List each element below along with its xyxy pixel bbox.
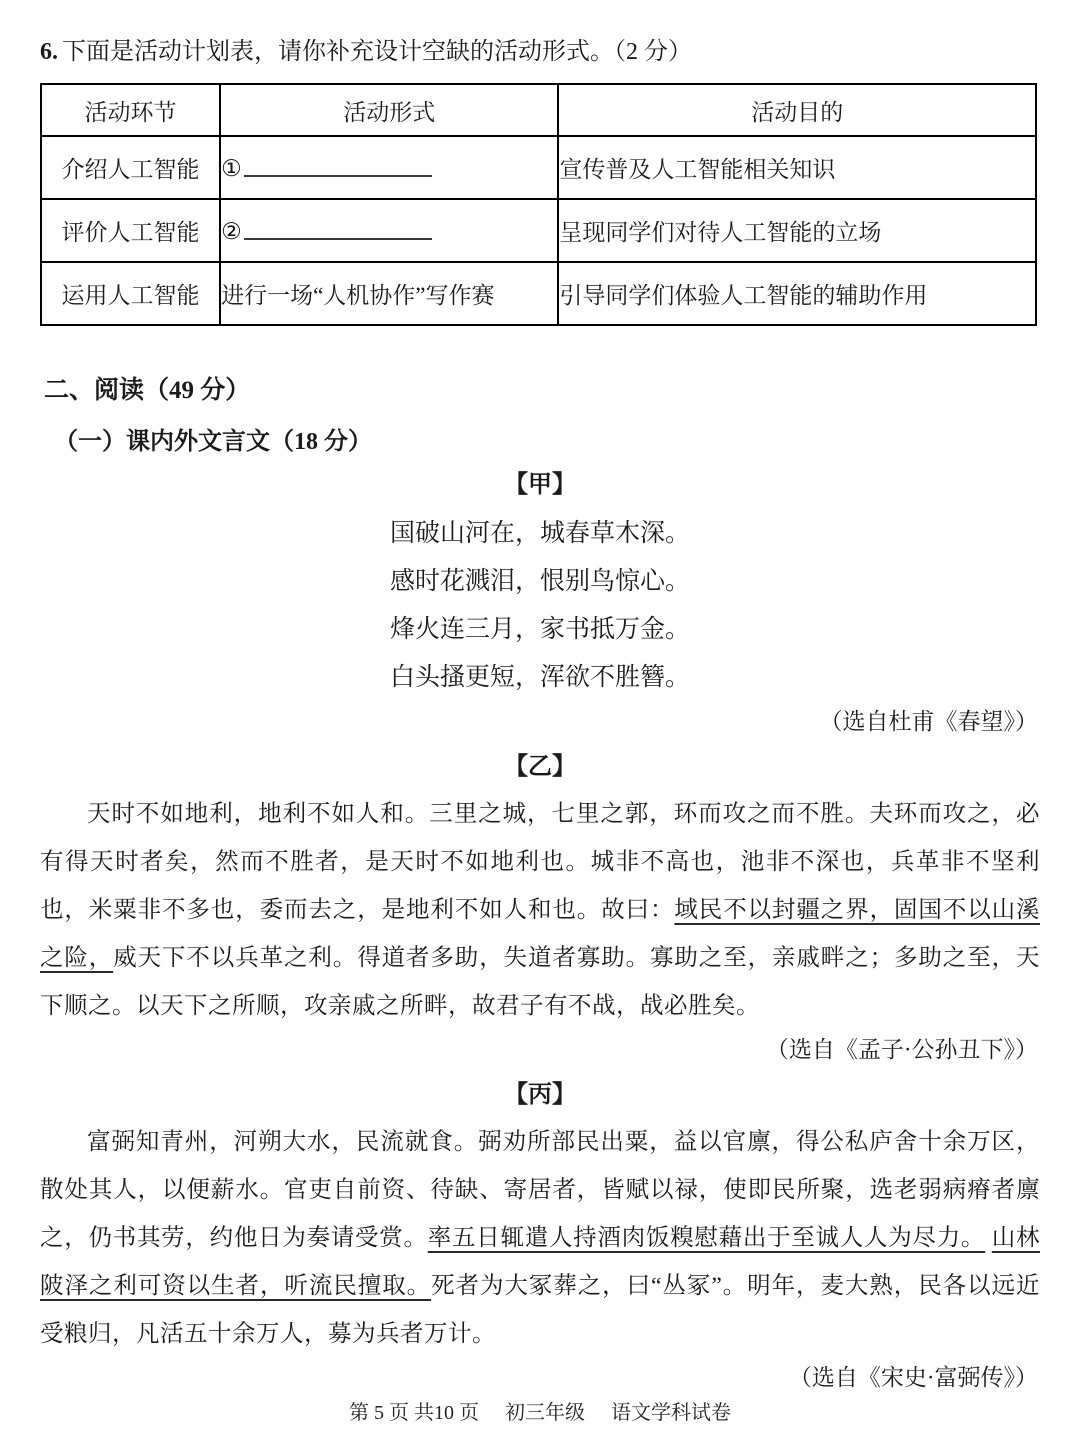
question6-text: 下面是活动计划表，请你补充设计空缺的活动形式。（2 分） xyxy=(62,39,692,65)
form-cell: 进行一场“人机协作”写作赛 xyxy=(220,262,558,325)
passage-yi-text: 天时不如地利，地利不如人和。三里之城，七里之郭，环而攻之而不胜。夫环而攻之，必有… xyxy=(40,790,1040,1030)
passage-bing-label: 【丙】 xyxy=(40,1080,1040,1110)
stage-cell: 介绍人工智能 xyxy=(41,136,220,199)
activity-plan-table: 活动环节 活动形式 活动目的 介绍人工智能 ① 宣传普及人工智能相关知识 评价人… xyxy=(40,83,1037,326)
poem-chunwang: 国破山河在，城春草木深。 感时花溅泪，恨别鸟惊心。 烽火连三月，家书抵万金。 白… xyxy=(40,510,1040,702)
blank-number-1: ① xyxy=(221,157,242,182)
poem-line-3: 烽火连三月，家书抵万金。 xyxy=(40,606,1040,654)
header-activity-stage: 活动环节 xyxy=(41,84,220,136)
purpose-cell: 呈现同学们对待人工智能的立场 xyxy=(558,199,1036,262)
blank-number-2: ② xyxy=(221,220,242,245)
passage-jia-source: （选自杜甫《春望》） xyxy=(40,706,1038,738)
passage-jia-label: 【甲】 xyxy=(40,470,1040,500)
passage-yi-text-after: 威天下不以兵革之利。得道者多助，失道者寡助。寡助之至，亲戚畔之；多助之至，天下顺… xyxy=(40,945,1040,1019)
page-footer: 第 5 页 共10 页初三年级语文学科试卷 xyxy=(0,1396,1080,1425)
passage-yi-label: 【乙】 xyxy=(40,752,1040,782)
question6-title: 6.下面是活动计划表，请你补充设计空缺的活动形式。（2 分） xyxy=(40,36,1040,68)
table-row: 评价人工智能 ② 呈现同学们对待人工智能的立场 xyxy=(41,199,1036,262)
underline-gap xyxy=(985,1225,992,1251)
poem-line-2: 感时花溅泪，恨别鸟惊心。 xyxy=(40,558,1040,606)
table-row: 介绍人工智能 ① 宣传普及人工智能相关知识 xyxy=(41,136,1036,199)
footer-page-number: 第 5 页 共10 页 xyxy=(349,1402,479,1424)
answer-blank-2 xyxy=(244,215,432,239)
footer-subject: 语文学科试卷 xyxy=(611,1402,731,1424)
passage-yi-source: （选自《孟子·公孙丑下》） xyxy=(40,1034,1038,1066)
purpose-cell: 引导同学们体验人工智能的辅助作用 xyxy=(558,262,1036,325)
purpose-cell: 宣传普及人工智能相关知识 xyxy=(558,136,1036,199)
table-row: 运用人工智能 进行一场“人机协作”写作赛 引导同学们体验人工智能的辅助作用 xyxy=(41,262,1036,325)
question6-number: 6. xyxy=(40,39,58,65)
answer-blank-1 xyxy=(244,152,432,176)
poem-line-4: 白头搔更短，浑欲不胜簪。 xyxy=(40,654,1040,702)
form-cell: ① xyxy=(220,136,558,199)
stage-cell: 运用人工智能 xyxy=(41,262,220,325)
reading-section-heading: 二、阅读（49 分） xyxy=(44,376,1040,406)
exam-page: 6.下面是活动计划表，请你补充设计空缺的活动形式。（2 分） 活动环节 活动形式… xyxy=(0,0,1080,1455)
header-activity-purpose: 活动目的 xyxy=(558,84,1036,136)
passage-bing-source: （选自《宋史·富弼传》） xyxy=(40,1362,1038,1394)
table-header-row: 活动环节 活动形式 活动目的 xyxy=(41,84,1036,136)
poem-line-1: 国破山河在，城春草木深。 xyxy=(40,510,1040,558)
footer-grade: 初三年级 xyxy=(505,1402,585,1424)
form-cell: ② xyxy=(220,199,558,262)
passage-bing-underlined-sentence-1: 率五日辄遣人持酒肉饭糗慰藉出于至诚人人为尽力。 xyxy=(428,1225,985,1251)
passage-bing-text: 富弼知青州，河朔大水，民流就食。弼劝所部民出粟，益以官廪，得公私庐舍十余万区，散… xyxy=(40,1118,1040,1358)
classical-chinese-subheading: （一）课内外文言文（18 分） xyxy=(54,428,1040,456)
stage-cell: 评价人工智能 xyxy=(41,199,220,262)
header-activity-form: 活动形式 xyxy=(220,84,558,136)
